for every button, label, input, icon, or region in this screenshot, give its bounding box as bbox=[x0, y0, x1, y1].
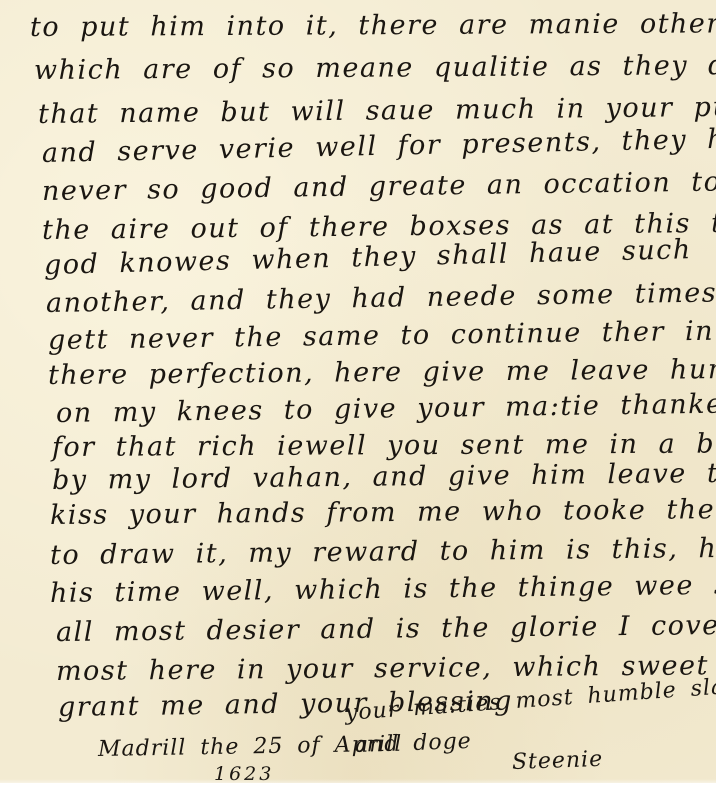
dateline-year: 1623 bbox=[214, 763, 274, 783]
letter-line-9: gett never the same to continue ther in bbox=[48, 316, 714, 356]
letter-line-8: another, and they had neede some times t… bbox=[46, 277, 716, 319]
letter-line-5: never so good and greate an occation to … bbox=[42, 165, 716, 207]
letter-line-2: which are of so meane qualitie as they d… bbox=[34, 49, 716, 86]
letter-line-4: and serve verie well for presents, they … bbox=[42, 123, 716, 169]
dateline: Madrill the 25 of Aprill bbox=[98, 732, 403, 762]
letter-line-17: all most desier and is the glorie I cove… bbox=[56, 610, 716, 648]
letter-line-10: there perfection, here give me leave hum… bbox=[48, 354, 716, 391]
letter-line-13: by my lord vahan, and give him leave to bbox=[52, 458, 716, 496]
letter-line-15: to draw it, my reward to him is this, he… bbox=[50, 532, 716, 571]
letter-line-16: his time well, which is the thinge wee s… bbox=[50, 569, 716, 609]
letter-line-14: kiss your hands from me who tooke the pa… bbox=[50, 493, 716, 531]
letter-page: to put him into it, there are manie othe… bbox=[0, 0, 716, 783]
letter-line-11: on my knees to give your ma:tie thankes bbox=[56, 388, 716, 429]
letter-line-1: to put him into it, there are manie othe… bbox=[30, 8, 716, 43]
signature: Steenie bbox=[512, 747, 604, 775]
letter-line-12: for that rich iewell you sent me in a bo… bbox=[52, 428, 716, 463]
letter-line-3: that name but will saue much in your pur… bbox=[38, 91, 716, 130]
